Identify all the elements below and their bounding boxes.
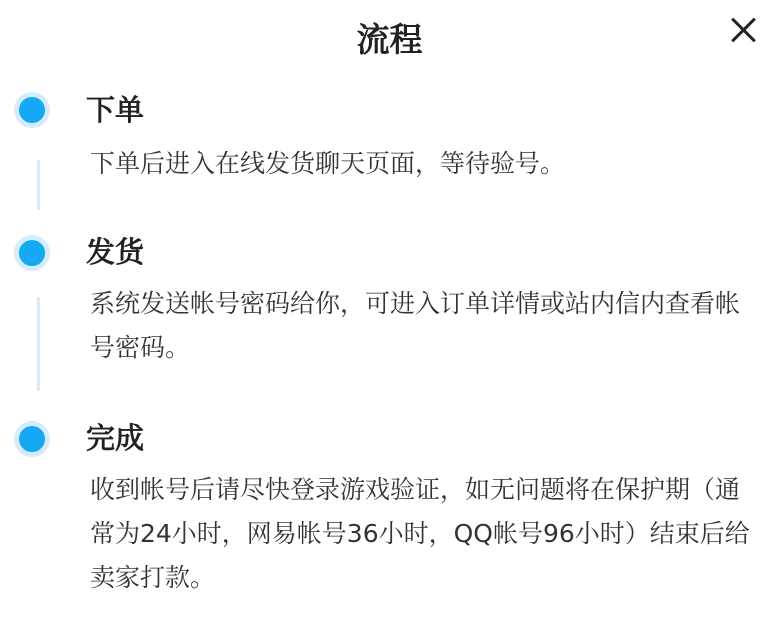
- step-description: 下单后进入在线发货聊天页面，等待验号。: [90, 142, 759, 186]
- step-dot-icon: [14, 235, 50, 271]
- step-description: 系统发送帐号密码给你，可进入订单详情或站内信内查看帐号密码。: [90, 282, 750, 370]
- step-description: 收到帐号后请尽快登录游戏验证，如无问题将在保护期（通常为24小时，网易帐号36小…: [90, 468, 760, 600]
- step-dot-icon: [14, 421, 50, 457]
- close-icon[interactable]: [725, 12, 761, 48]
- timeline-connector: [37, 297, 40, 391]
- step-title: 发货: [86, 230, 144, 271]
- step-title: 下单: [86, 88, 144, 129]
- page-title: 流程: [0, 14, 779, 61]
- step-dot-icon: [14, 92, 50, 128]
- step-title: 完成: [86, 416, 144, 457]
- timeline-connector: [37, 160, 40, 210]
